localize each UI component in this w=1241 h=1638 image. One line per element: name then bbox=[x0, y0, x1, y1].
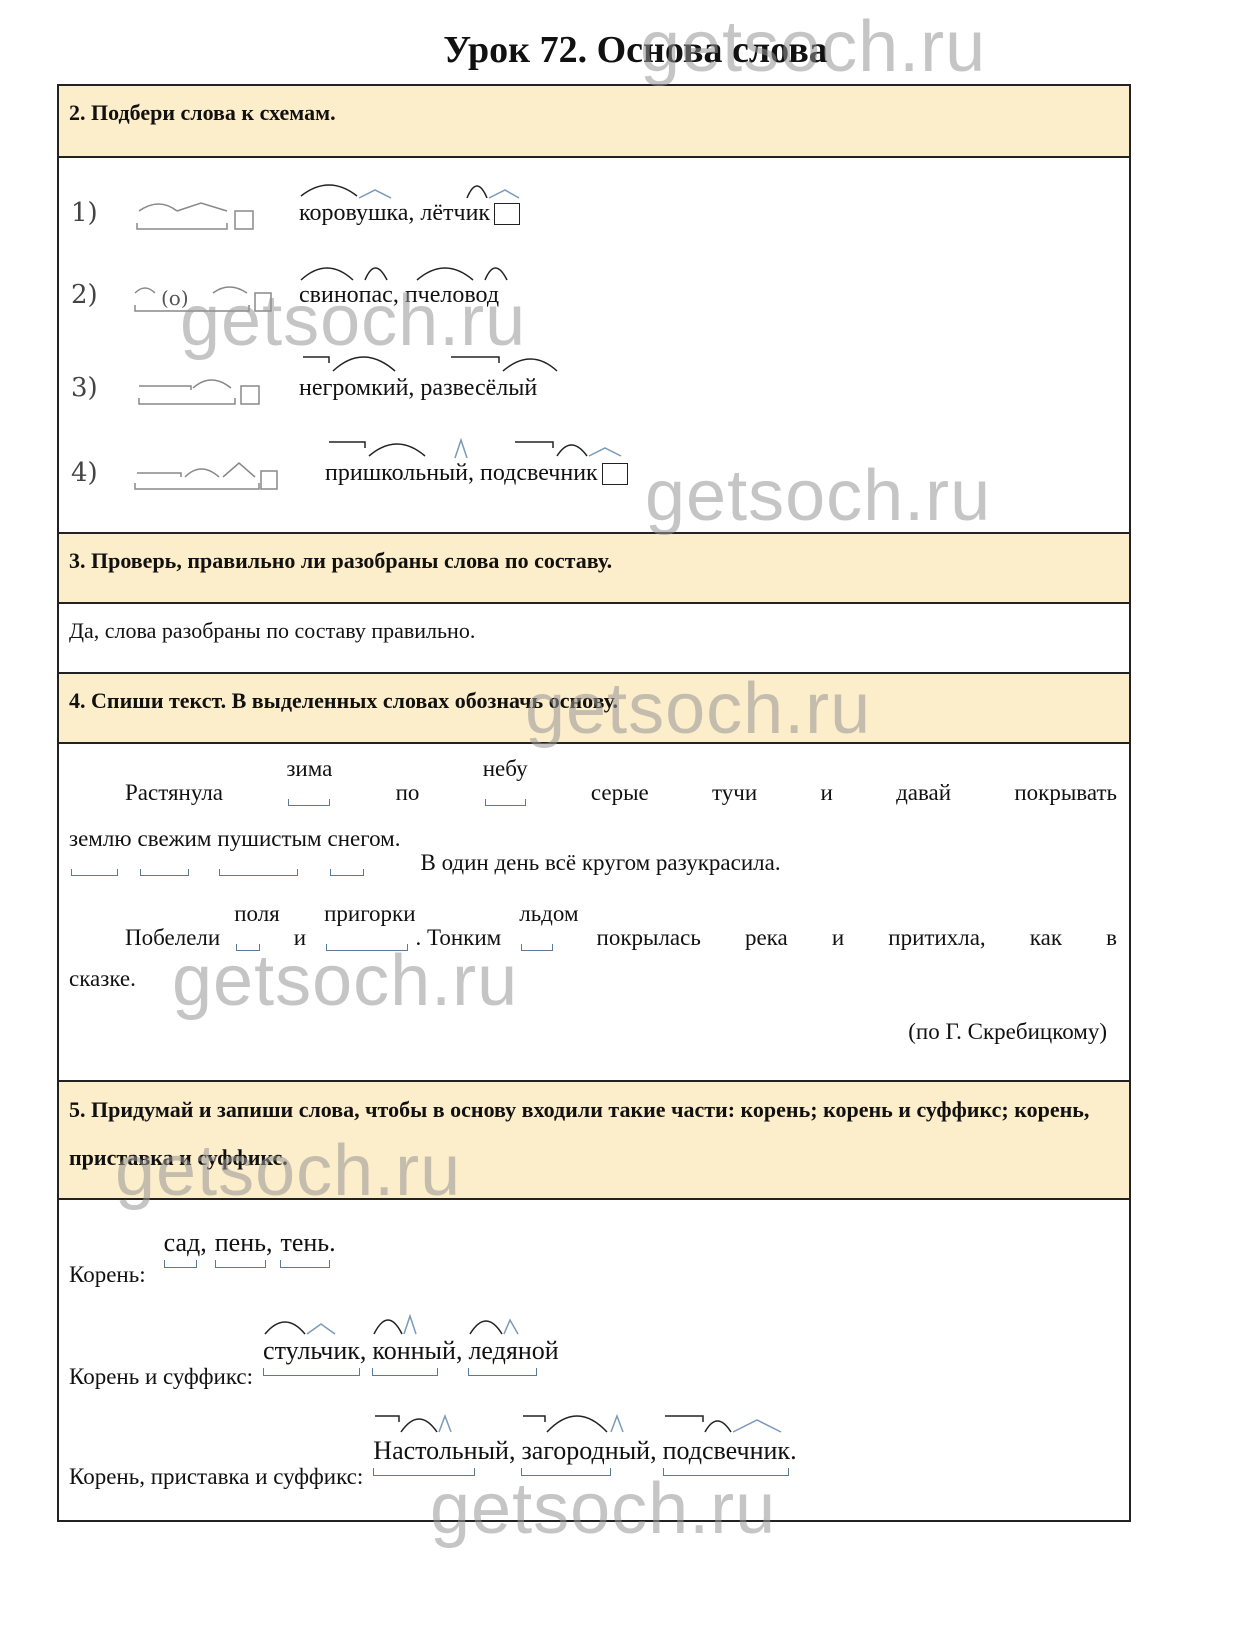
answer-word: пень, bbox=[215, 1228, 273, 1268]
marked-word: свежим bbox=[138, 844, 212, 876]
text-line-2: землю свежим пушистым снегом. В один ден… bbox=[69, 844, 1117, 876]
word-scheme-icon bbox=[131, 368, 281, 408]
page-title: Урок 72. Основа слова bbox=[0, 28, 1241, 72]
answer-word-text: тень. bbox=[280, 1228, 335, 1257]
task-3-heading-text: 3. Проверь, правильно ли разобраны слова… bbox=[69, 548, 612, 573]
marked-word-text: небу bbox=[483, 756, 528, 781]
author-credit: (по Г. Скребицкому) bbox=[908, 1019, 1107, 1045]
morpheme-marks-icon bbox=[521, 1410, 661, 1440]
text-word: по bbox=[396, 780, 420, 806]
answer-word: стульчик, bbox=[263, 1336, 366, 1376]
task-2-heading-text: 2. Подбери слова к схемам. bbox=[69, 100, 336, 125]
stem-mark-icon bbox=[236, 944, 260, 951]
marked-word-text: пушистым bbox=[217, 826, 321, 851]
scheme-row-1: 1) коровушка, лётчик bbox=[71, 188, 520, 238]
word-scheme-icon bbox=[131, 193, 281, 233]
stem-mark-icon bbox=[372, 1368, 438, 1376]
marked-word-text: льдом bbox=[519, 901, 578, 926]
morpheme-marks-icon bbox=[468, 1310, 588, 1340]
stem-mark-icon bbox=[521, 944, 552, 951]
stem-mark-icon bbox=[140, 869, 190, 876]
answer-label: Корень, приставка и суффикс: bbox=[69, 1464, 363, 1490]
morpheme-marks-icon bbox=[299, 256, 569, 286]
morpheme-marks-icon bbox=[263, 1310, 383, 1340]
stem-mark-icon bbox=[219, 869, 297, 876]
item-number: 3) bbox=[71, 373, 131, 403]
stem-mark-icon bbox=[485, 799, 526, 806]
marked-word: пригорки bbox=[324, 919, 415, 951]
marked-word: небу bbox=[483, 774, 528, 806]
text-word: и bbox=[294, 925, 306, 951]
answer-word: тень. bbox=[280, 1228, 335, 1268]
marked-word-text: снегом. bbox=[328, 826, 401, 851]
text-word: серые bbox=[591, 780, 649, 806]
marked-word: льдом bbox=[519, 919, 578, 951]
answer-word: Настольный, bbox=[373, 1436, 515, 1476]
null-ending-box bbox=[494, 203, 520, 225]
answer-word-text: конный, bbox=[372, 1336, 462, 1365]
answer-word-text: ледяной bbox=[468, 1336, 558, 1365]
scheme-words: коровушка, лётчик bbox=[299, 200, 520, 227]
answer-word-text: сад, bbox=[164, 1228, 207, 1257]
stem-mark-icon bbox=[521, 1468, 610, 1476]
answer-root-suffix: Корень и суффикс: стульчик, конный, ледя… bbox=[69, 1350, 559, 1390]
stem-mark-icon bbox=[263, 1368, 360, 1376]
answer-word: загородный, bbox=[521, 1436, 656, 1476]
text-word: давай bbox=[896, 780, 951, 806]
stem-mark-icon bbox=[288, 799, 330, 806]
task-2-content: 1) коровушка, лётчик 2) bbox=[59, 156, 1129, 532]
text-sentence: покрылась река и притихла, как в bbox=[597, 925, 1117, 951]
answer-word: конный, bbox=[372, 1336, 462, 1376]
marked-word: снегом. bbox=[328, 844, 401, 876]
scheme-row-2: 2) (о) свинопас, пчеловод bbox=[71, 270, 499, 320]
null-ending-box bbox=[602, 463, 628, 485]
answer-word-text: пень, bbox=[215, 1228, 273, 1257]
answer-label: Корень: bbox=[69, 1262, 146, 1288]
task-5-heading-text: 5. Придумай и запиши слова, чтобы в осно… bbox=[69, 1097, 1089, 1170]
task-3-answer-text: Да, слова разобраны по составу правильно… bbox=[69, 618, 475, 643]
answer-root-prefix-suffix: Корень, приставка и суффикс: Настольный,… bbox=[69, 1450, 797, 1490]
marked-word: поля bbox=[234, 919, 280, 951]
marked-word: зима bbox=[286, 774, 332, 806]
text-word: . Тонким bbox=[416, 925, 502, 951]
stem-mark-icon bbox=[373, 1468, 475, 1476]
root-mark-icon bbox=[215, 1260, 267, 1268]
item-number: 4) bbox=[71, 458, 131, 488]
marked-word-text: землю bbox=[69, 826, 132, 851]
marked-word-text: свежим bbox=[138, 826, 212, 851]
answer-word: сад, bbox=[164, 1228, 207, 1268]
item-number: 2) bbox=[71, 280, 131, 310]
text-word: покрывать bbox=[1014, 780, 1117, 806]
stem-mark-icon bbox=[663, 1468, 789, 1476]
text-word: сказке. bbox=[69, 966, 136, 992]
marked-word: землю bbox=[69, 844, 132, 876]
marked-word-text: зима bbox=[286, 756, 332, 781]
stem-mark-icon bbox=[330, 869, 365, 876]
scheme-words: негромкий, развесёлый bbox=[299, 375, 537, 402]
task-5-heading: 5. Придумай и запиши слова, чтобы в осно… bbox=[59, 1080, 1129, 1198]
text-line-3: Побелели поля и пригорки . Тонким льдом … bbox=[69, 919, 1117, 951]
task-3-answer: Да, слова разобраны по составу правильно… bbox=[59, 602, 1129, 672]
answer-word: ледяной bbox=[468, 1336, 558, 1376]
morpheme-marks-icon bbox=[663, 1410, 823, 1440]
stem-mark-icon bbox=[71, 869, 118, 876]
word-scheme-icon bbox=[131, 453, 281, 493]
answer-word-text: загородный, bbox=[521, 1436, 656, 1465]
text-line-1: Растянула зима по небу серые тучи и дава… bbox=[69, 774, 1117, 806]
marked-word-text: пригорки bbox=[324, 901, 415, 926]
root-mark-icon bbox=[164, 1260, 197, 1268]
scheme-row-3: 3) негромкий, развесёлый bbox=[71, 363, 537, 413]
svg-text:(о): (о) bbox=[161, 286, 189, 310]
morpheme-marks-icon bbox=[373, 1410, 513, 1440]
morpheme-marks-icon bbox=[325, 434, 685, 464]
task-3-heading: 3. Проверь, правильно ли разобраны слова… bbox=[59, 532, 1129, 602]
answer-root: Корень: сад, пень, тень. bbox=[69, 1248, 336, 1288]
text-word: Побелели bbox=[125, 925, 220, 951]
task-5-content: Корень: сад, пень, тень. Корень и суффик… bbox=[59, 1198, 1129, 1520]
word-scheme-icon: (о) bbox=[131, 275, 281, 315]
text-sentence: В один день всё кругом разукрасила. bbox=[420, 850, 780, 876]
answer-word-text: Настольный, bbox=[373, 1436, 515, 1465]
text-word: Растянула bbox=[125, 780, 223, 806]
answer-word-text: стульчик, bbox=[263, 1336, 366, 1365]
lesson-table: 2. Подбери слова к схемам. 1) коровушка,… bbox=[57, 84, 1131, 1522]
text-line-4: сказке. bbox=[69, 966, 1117, 992]
answer-label: Корень и суффикс: bbox=[69, 1364, 253, 1390]
author-line: (по Г. Скребицкому) bbox=[69, 1019, 1117, 1045]
task-2-heading: 2. Подбери слова к схемам. bbox=[59, 86, 1129, 156]
task-4-heading: 4. Спиши текст. В выделенных словах обоз… bbox=[59, 672, 1129, 742]
answer-word-text: подсвечник. bbox=[663, 1436, 797, 1465]
text-word: тучи bbox=[712, 780, 757, 806]
answer-word: подсвечник. bbox=[663, 1436, 797, 1476]
scheme-words: свинопас, пчеловод bbox=[299, 282, 499, 309]
root-mark-icon bbox=[280, 1260, 329, 1268]
text-word: и bbox=[820, 780, 832, 806]
item-number: 1) bbox=[71, 198, 131, 228]
task-4-content: Растянула зима по небу серые тучи и дава… bbox=[59, 742, 1129, 1080]
stem-mark-icon bbox=[468, 1368, 536, 1376]
marked-word: пушистым bbox=[217, 844, 321, 876]
marked-word-text: поля bbox=[234, 901, 280, 926]
task-4-heading-text: 4. Спиши текст. В выделенных словах обоз… bbox=[69, 688, 618, 713]
scheme-words: пришкольный, подсвечник bbox=[325, 460, 628, 487]
scheme-row-4: 4) пришкольный, подсвечник bbox=[71, 448, 628, 498]
morpheme-marks-icon bbox=[299, 349, 599, 379]
morpheme-marks-icon bbox=[299, 174, 569, 204]
stem-mark-icon bbox=[326, 944, 407, 951]
